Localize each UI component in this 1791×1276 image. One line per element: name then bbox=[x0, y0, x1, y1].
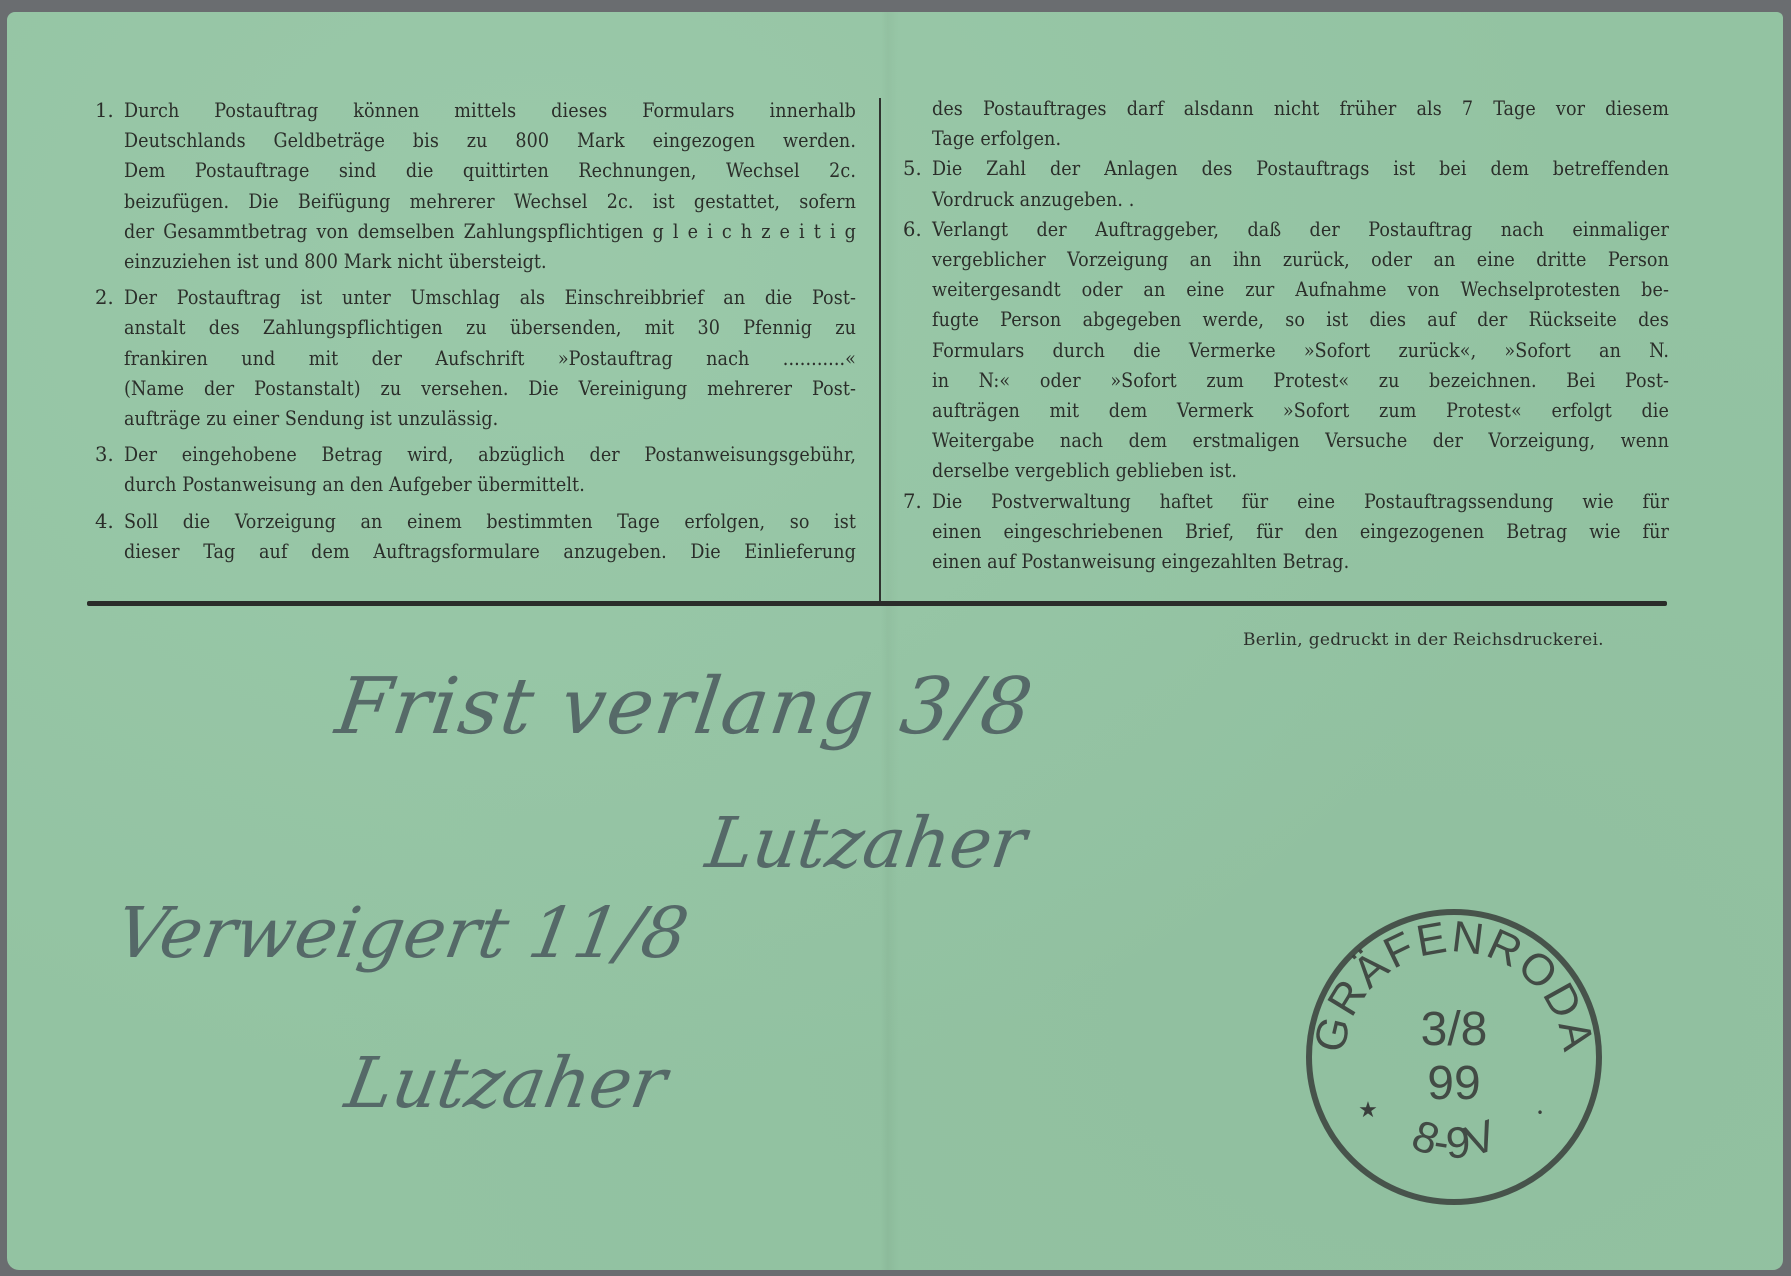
text-line: Die Zahl der Anlagen des Postauftrags is… bbox=[932, 154, 1669, 184]
item-number: 6. bbox=[903, 215, 922, 245]
item-number: 4. bbox=[95, 507, 114, 537]
instruction-item-4-continued: des Postauftrages darf alsdann nicht frü… bbox=[899, 94, 1669, 154]
postmark-date: 3/8 bbox=[1421, 1003, 1488, 1056]
text-line: Deutschlands Geldbeträge bis zu 800 Mark… bbox=[124, 126, 856, 156]
text-line: fugte Person abgegeben werde, so ist die… bbox=[932, 305, 1669, 335]
handwritten-note-2: Verweigert 11/8 bbox=[110, 892, 694, 974]
column-divider bbox=[879, 98, 881, 602]
text-line: einzuziehen ist und 800 Mark nicht übers… bbox=[124, 247, 856, 277]
text-line: durch Postanweisung an den Aufgeber über… bbox=[124, 470, 856, 500]
text-line: dieser Tag auf dem Auftragsformulare anz… bbox=[124, 537, 856, 567]
item-number: 1. bbox=[95, 96, 114, 126]
instruction-item-6: 6. Verlangt der Auftraggeber, daß der Po… bbox=[899, 215, 1669, 487]
text-line: (Name der Postanstalt) zu versehen. Die … bbox=[124, 374, 856, 404]
instruction-item-4: 4. Soll die Vorzeigung an einem bestimmt… bbox=[91, 507, 856, 567]
postmark-time: 8-9V bbox=[1405, 1111, 1503, 1169]
text-line: Der eingehobene Betrag wird, abzüglich d… bbox=[124, 440, 856, 470]
text-line: aufträgen mit dem Vermerk »Sofort zum Pr… bbox=[932, 396, 1669, 426]
printer-imprint: Berlin, gedruckt in der Reichsdruckerei. bbox=[1243, 630, 1604, 650]
text-line: Verlangt der Auftraggeber, daß der Posta… bbox=[932, 215, 1669, 245]
text-line: Die Postverwaltung haftet für eine Posta… bbox=[932, 487, 1669, 517]
text-line: Formulars durch die Vermerke »Sofort zur… bbox=[932, 336, 1669, 366]
instructions-right-column: des Postauftrages darf alsdann nicht frü… bbox=[899, 94, 1669, 577]
instruction-item-7: 7. Die Postverwaltung haftet für eine Po… bbox=[899, 487, 1669, 578]
text-line: der Gesammtbetrag von demselben Zahlungs… bbox=[124, 217, 856, 247]
instruction-item-1: 1. Durch Postauftrag können mittels dies… bbox=[91, 96, 856, 277]
text-line: frankiren und mit der Aufschrift »Postau… bbox=[124, 344, 856, 374]
text-line: Dem Postauftrage sind die quittirten Rec… bbox=[124, 156, 856, 186]
text-line: aufträge zu einer Sendung ist unzulässig… bbox=[124, 404, 856, 434]
text-line: Soll die Vorzeigung an einem bestimmten … bbox=[124, 507, 856, 537]
instruction-item-3: 3. Der eingehobene Betrag wird, abzüglic… bbox=[91, 440, 856, 500]
text-line: des Postauftrages darf alsdann nicht frü… bbox=[932, 94, 1669, 124]
svg-text:8-9V: 8-9V bbox=[1405, 1111, 1503, 1169]
text-line: derselbe vergeblich geblieben ist. bbox=[932, 456, 1669, 486]
star-icon: ★ bbox=[1358, 1098, 1378, 1123]
svg-text:•: • bbox=[1536, 1106, 1543, 1120]
postmark-stamp: GRÄFENRODA 3/8 99 ★ • 8-9V bbox=[1304, 907, 1604, 1207]
text-line: in N:« oder »Sofort zum Protest« zu beze… bbox=[932, 366, 1669, 396]
handwritten-signature-2: Lutzaher bbox=[340, 1042, 673, 1124]
postmark-circle-icon: GRÄFENRODA 3/8 99 ★ • 8-9V bbox=[1304, 907, 1604, 1207]
horizontal-rule bbox=[87, 601, 1667, 606]
instruction-item-5: 5. Die Zahl der Anlagen des Postauftrags… bbox=[899, 154, 1669, 214]
postmark-year: 99 bbox=[1427, 1057, 1480, 1110]
text-line: Tage erfolgen. bbox=[932, 124, 1669, 154]
text-line: beizufügen. Die Beifügung mehrerer Wechs… bbox=[124, 187, 856, 217]
item-number: 5. bbox=[903, 154, 922, 184]
text-line: einen auf Postanweisung eingezahlten Bet… bbox=[932, 547, 1669, 577]
text-line: Durch Postauftrag können mittels dieses … bbox=[124, 96, 856, 126]
handwritten-note-1: Frist verlang 3/8 bbox=[331, 662, 1040, 752]
instruction-item-2: 2. Der Postauftrag ist unter Umschlag al… bbox=[91, 283, 856, 434]
text-line: vergeblicher Vorzeigung an ihn zurück, o… bbox=[932, 245, 1669, 275]
text-line: einen eingeschriebenen Brief, für den ei… bbox=[932, 517, 1669, 547]
text-line: Der Postauftrag ist unter Umschlag als E… bbox=[124, 283, 856, 313]
text-line: weitergesandt oder an eine zur Aufnahme … bbox=[932, 275, 1669, 305]
item-number: 7. bbox=[903, 487, 922, 517]
instructions-left-column: 1. Durch Postauftrag können mittels dies… bbox=[91, 96, 856, 573]
item-number: 2. bbox=[95, 283, 114, 313]
postauftrag-card: 1. Durch Postauftrag können mittels dies… bbox=[7, 12, 1783, 1270]
text-line: anstalt des Zahlungspflichtigen zu übers… bbox=[124, 313, 856, 343]
handwritten-signature-1: Lutzaher bbox=[701, 802, 1031, 884]
text-line: Weitergabe nach dem erstmaligen Versuche… bbox=[932, 426, 1669, 456]
item-number: 3. bbox=[95, 440, 114, 470]
text-line: Vordruck anzugeben. . bbox=[932, 185, 1669, 215]
